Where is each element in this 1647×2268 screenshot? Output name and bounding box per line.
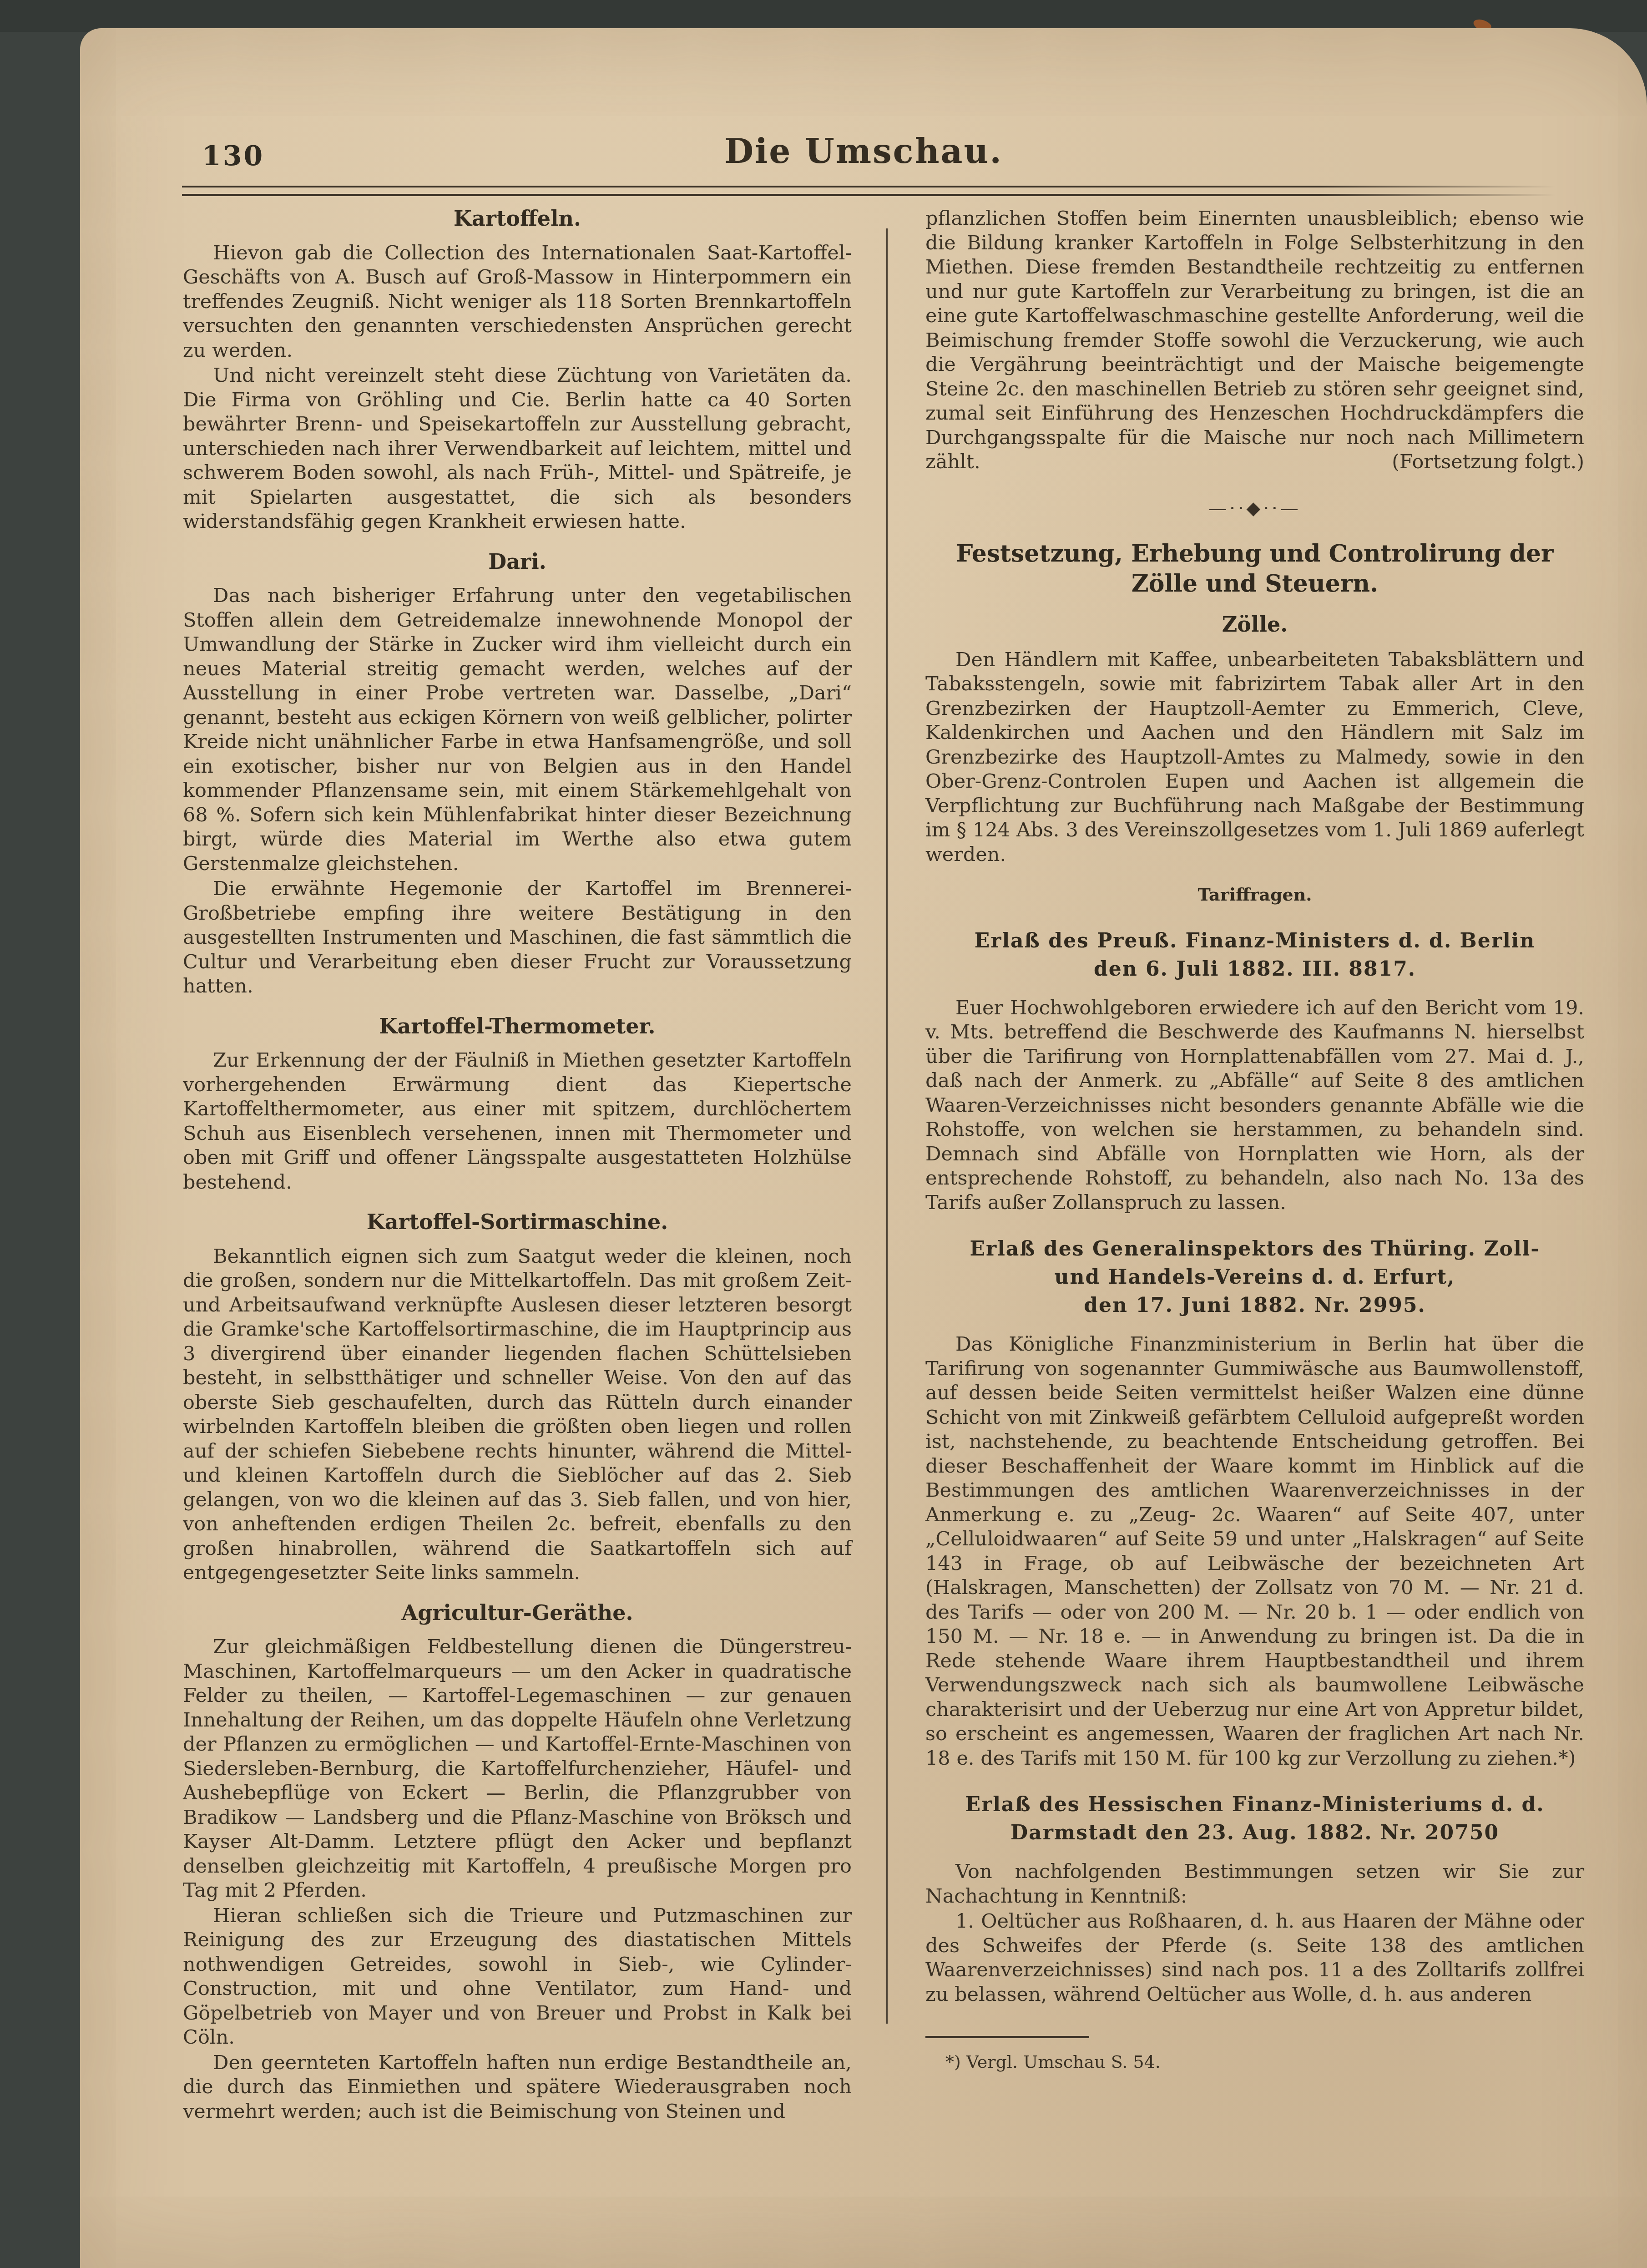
paragraph: Das nach bisheriger Erfahrung unter den … bbox=[183, 584, 852, 876]
journal-page: 130 Die Umschau. Kartoffeln. Hievon gab … bbox=[80, 28, 1647, 2268]
decree-heading-line: Erlaß des Preuß. Finanz-Ministers d. d. … bbox=[930, 927, 1580, 955]
paragraph: Das Königliche Finanzministerium in Berl… bbox=[925, 1332, 1584, 1771]
left-column: Kartoffeln. Hievon gab die Collection de… bbox=[183, 207, 852, 2124]
paragraph: Zur Erkennung der der Fäulniß in Miethen… bbox=[183, 1048, 852, 1195]
article-heading: Festsetzung, Erhebung und Controlirung d… bbox=[944, 539, 1566, 599]
decree-heading-line: Erlaß des Hessischen Finanz-Ministeriums… bbox=[930, 1791, 1580, 1819]
section-heading-dari: Dari. bbox=[183, 550, 852, 574]
decree-heading-thuering-zollverein: Erlaß des Generalinspektors des Thüring.… bbox=[930, 1235, 1580, 1320]
paragraph: Den geernteten Kartoffeln haften nun erd… bbox=[183, 2051, 852, 2124]
decree-heading-preuss-finanz-minister: Erlaß des Preuß. Finanz-Ministers d. d. … bbox=[930, 927, 1580, 983]
section-heading-kartoffel-sortirmaschine: Kartoffel-Sortirmaschine. bbox=[183, 1210, 852, 1235]
section-heading-agricultur-geraethe: Agricultur-Geräthe. bbox=[183, 1601, 852, 1625]
section-heading-kartoffeln: Kartoffeln. bbox=[183, 207, 852, 231]
paragraph: Hieran schließen sich die Trieure und Pu… bbox=[183, 1904, 852, 2050]
paragraph: 1. Oeltücher aus Roßhaaren, d. h. aus Ha… bbox=[925, 1909, 1584, 2007]
decree-heading-line: den 17. Juni 1882. Nr. 2995. bbox=[930, 1291, 1580, 1320]
paragraph: Bekanntlich eignen sich zum Saatgut wede… bbox=[183, 1245, 852, 1585]
decree-heading-line: Erlaß des Generalinspektors des Thüring.… bbox=[930, 1235, 1580, 1263]
header-rule-bottom bbox=[182, 194, 1570, 196]
decree-heading-line: und Handels-Vereins d. d. Erfurt, bbox=[930, 1263, 1580, 1291]
scanned-journal-page: { "page": { "number": "130", "title": "D… bbox=[0, 0, 1647, 2268]
continuation-paragraph: pflanzlichen Stoffen beim Einernten unau… bbox=[925, 207, 1584, 475]
section-divider-ornament: —··◆··— bbox=[925, 496, 1584, 521]
footnote: *) Vergl. Umschau S. 54. bbox=[925, 2050, 1584, 2075]
scanner-background bbox=[0, 0, 1647, 32]
rubric-tariffragen: Tariffragen. bbox=[925, 882, 1584, 907]
paragraph: Hievon gab die Collection des Internatio… bbox=[183, 241, 852, 363]
article-subheading-zoelle: Zölle. bbox=[925, 613, 1584, 637]
paragraph: Euer Hochwohlgeboren erwiedere ich auf d… bbox=[925, 996, 1584, 1215]
journal-title: Die Umschau. bbox=[80, 132, 1647, 171]
paragraph: Zur gleichmäßigen Feldbestellung dienen … bbox=[183, 1635, 852, 1903]
paragraph: Die erwähnte Hegemonie der Kartoffel im … bbox=[183, 877, 852, 999]
continuation-text: pflanzlichen Stoffen beim Einernten unau… bbox=[925, 207, 1584, 473]
paragraph: Von nachfolgenden Bestimmungen setzen wi… bbox=[925, 1860, 1584, 1909]
decree-heading-line: Darmstadt den 23. Aug. 1882. Nr. 20750 bbox=[930, 1819, 1580, 1847]
decree-heading-line: den 6. Juli 1882. III. 8817. bbox=[930, 955, 1580, 983]
section-heading-kartoffel-thermometer: Kartoffel-Thermometer. bbox=[183, 1014, 852, 1039]
paragraph: Den Händlern mit Kaffee, unbearbeiteten … bbox=[925, 648, 1584, 867]
right-column: pflanzlichen Stoffen beim Einernten unau… bbox=[925, 207, 1584, 2075]
column-divider-rule bbox=[886, 228, 888, 2024]
decree-heading-hessisches-finanz-ministerium: Erlaß des Hessischen Finanz-Ministeriums… bbox=[930, 1791, 1580, 1847]
footnote-rule bbox=[925, 2036, 1089, 2038]
paragraph: Und nicht vereinzelt steht diese Züchtun… bbox=[183, 364, 852, 534]
header-rule-top bbox=[182, 186, 1570, 187]
continuation-note: (Fortsetzung folgt.) bbox=[1392, 450, 1584, 475]
